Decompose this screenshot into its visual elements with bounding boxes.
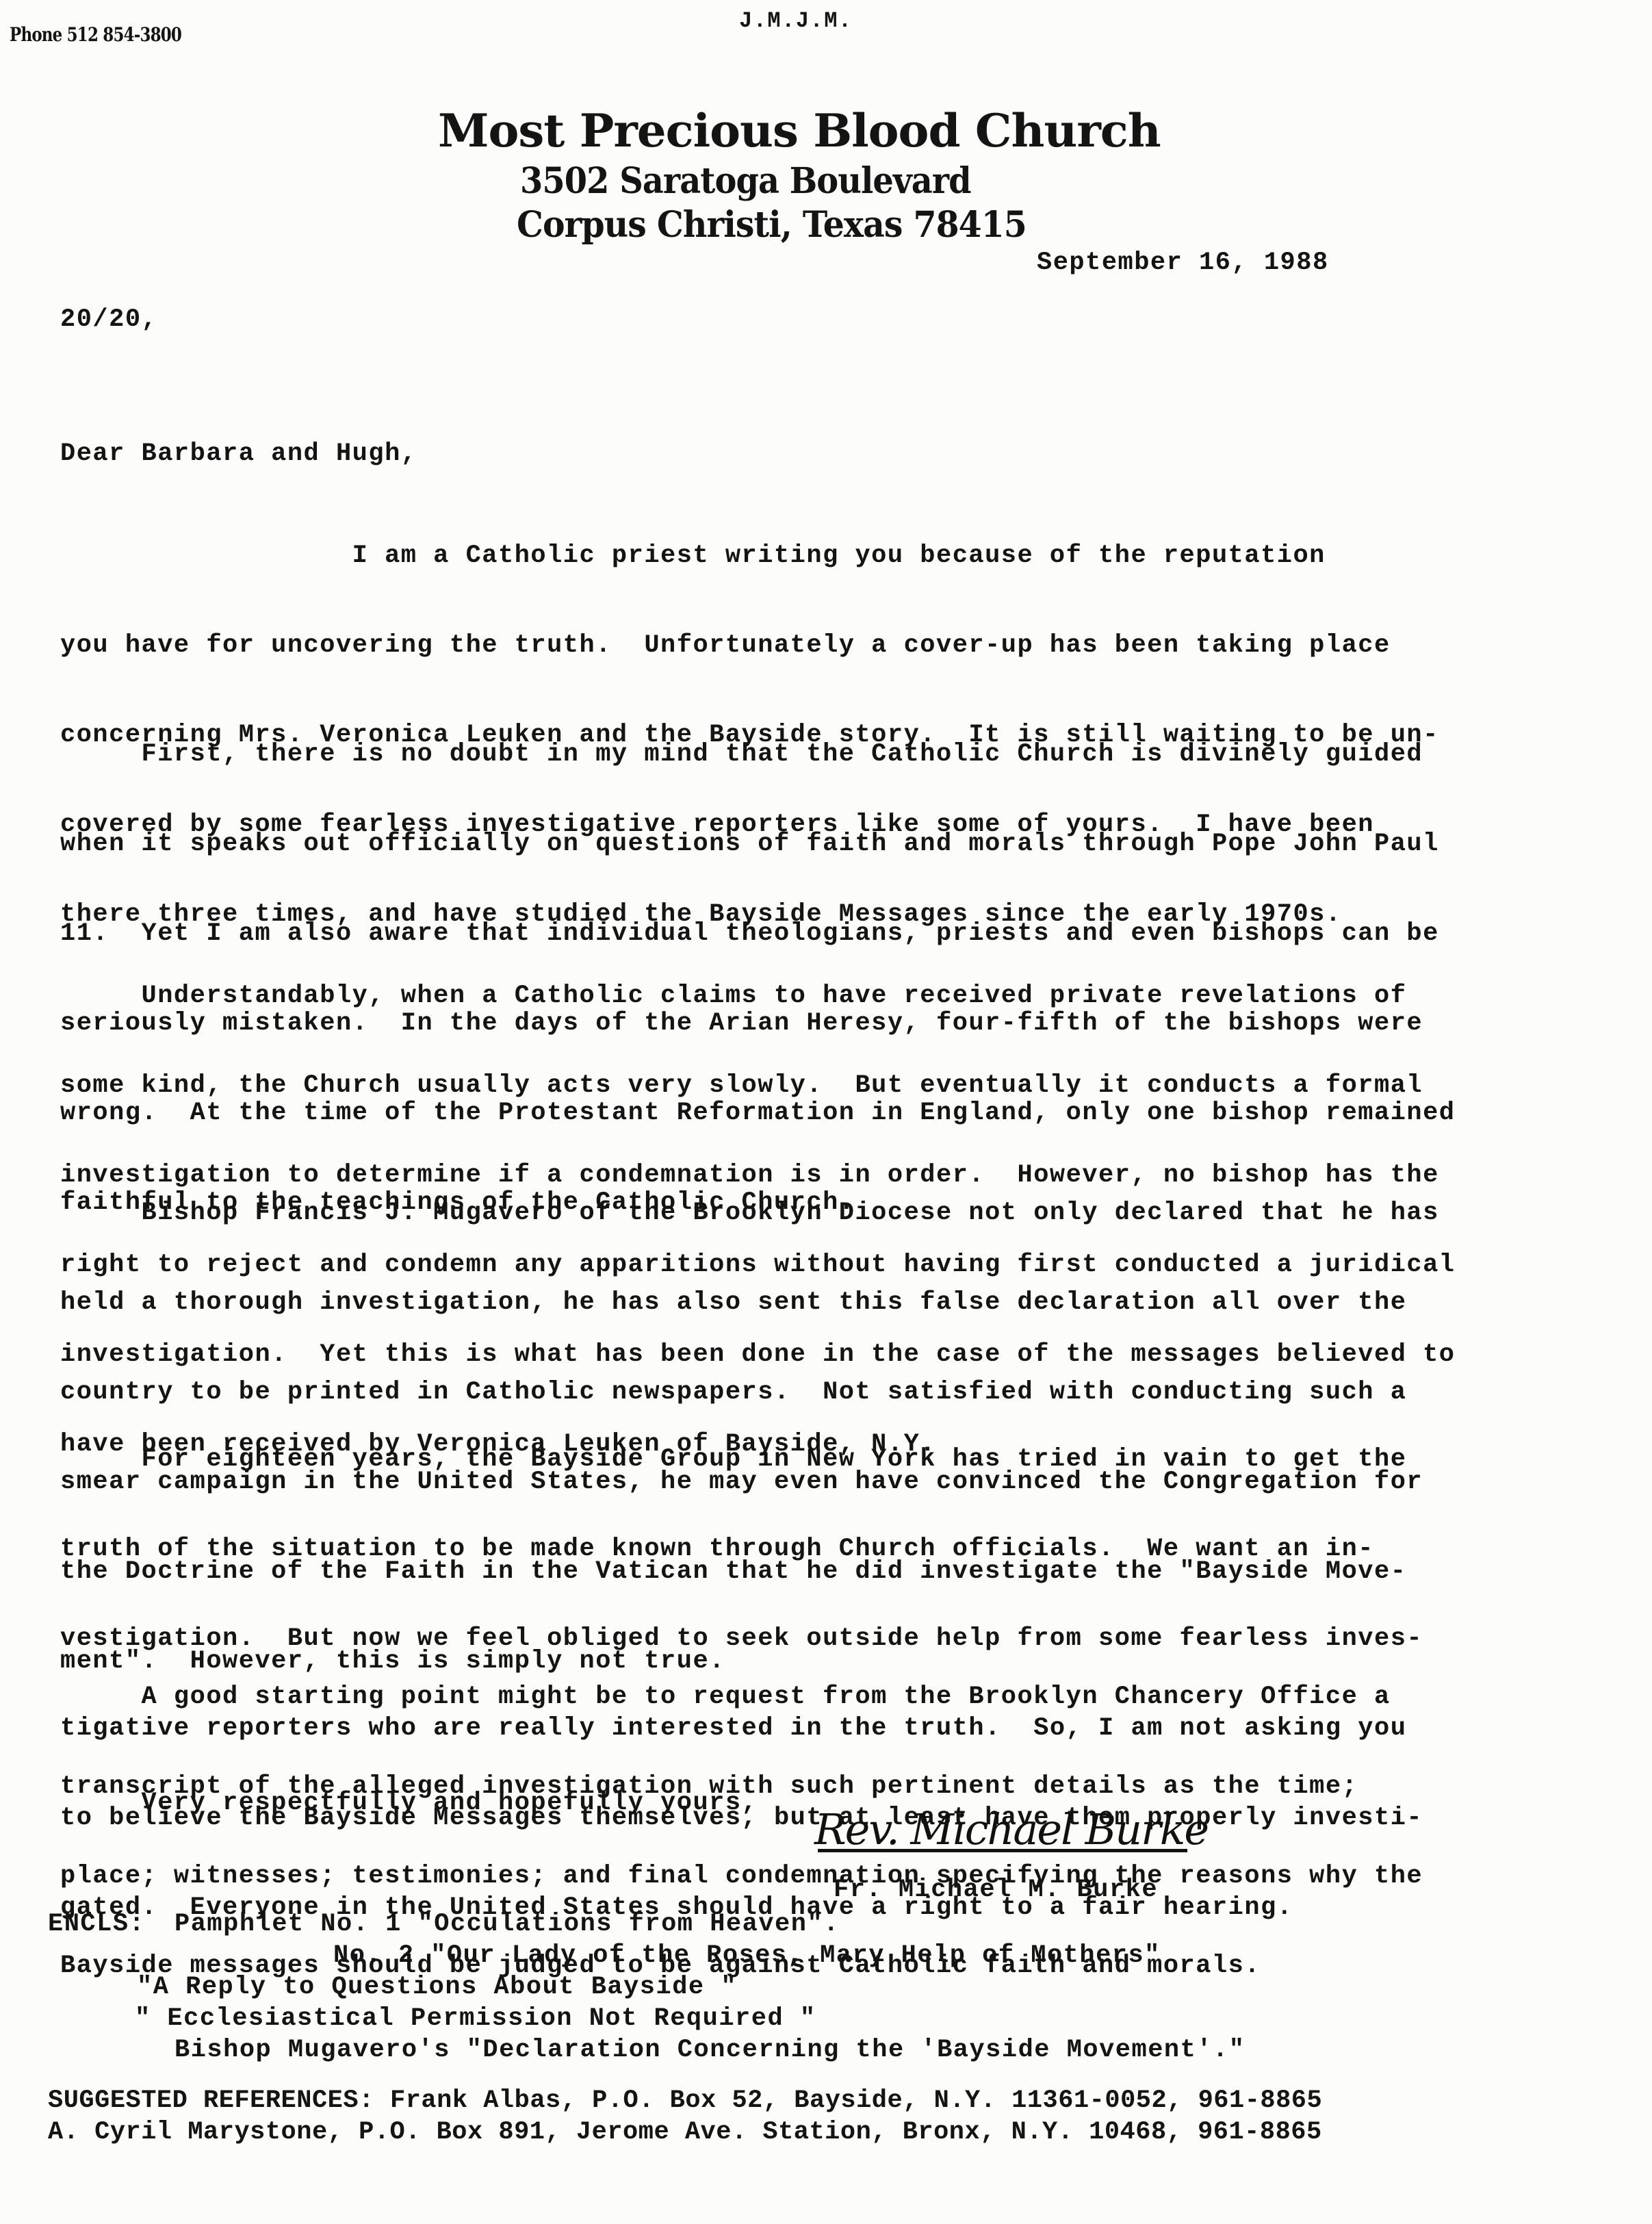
- enclosure-item: Pamphlet No. 1 "Occulations from Heaven"…: [175, 1910, 840, 1939]
- paragraph-line: For eighteen years, the Bayside Group in…: [60, 1444, 1423, 1476]
- paragraph-line: Understandably, when a Catholic claims t…: [60, 980, 1456, 1012]
- recipient-line: 20/20,: [60, 305, 157, 334]
- letterhead-monogram: J.M.J.M.: [739, 8, 853, 34]
- paragraph-line: you have for uncovering the truth. Unfor…: [60, 630, 1439, 662]
- signer-name: Fr. Michael M. Burke: [834, 1876, 1158, 1904]
- enclosures-label: ENCLS:: [48, 1910, 145, 1939]
- paragraph-line: when it speaks out officially on questio…: [60, 828, 1456, 860]
- paragraph-line: truth of the situation to be made known …: [60, 1533, 1423, 1565]
- letterhead-church-name: Most Precious Blood Church: [438, 104, 1161, 157]
- handwritten-signature: Rev. Michael Burke: [814, 1804, 1208, 1854]
- salutation: Dear Barbara and Hugh,: [60, 439, 417, 468]
- paragraph-line: some kind, the Church usually acts very …: [60, 1070, 1456, 1102]
- paragraph-line: First, there is no doubt in my mind that…: [60, 739, 1456, 771]
- enclosure-item: "A Reply to Questions About Bayside ": [137, 1973, 737, 2002]
- paragraph-line: I am a Catholic priest writing you becau…: [60, 540, 1439, 572]
- signature-underline: [818, 1849, 1187, 1852]
- enclosure-item: " Ecclesiastical Permission Not Required…: [135, 2004, 816, 2033]
- letterhead-city: Corpus Christi, Texas 78415: [517, 204, 1027, 246]
- paragraph-line: held a thorough investigation, he has al…: [60, 1287, 1439, 1319]
- references-label: SUGGESTED REFERENCES:: [48, 2086, 374, 2115]
- letter-date: September 16, 1988: [1037, 248, 1329, 277]
- enclosure-item: No. 2 "Our Lady of the Roses, Mary Help …: [333, 1941, 1161, 1970]
- closing: Very respectfully and hopefully yours,: [60, 1789, 758, 1817]
- paragraph-line: Bishop Francis J. Mugavero of the Brookl…: [60, 1197, 1439, 1229]
- letter-page: Phone 512 854-3800 J.M.J.M. Most Preciou…: [0, 0, 1652, 2224]
- reference-item: A. Cyril Marystone, P.O. Box 891, Jerome…: [48, 2118, 1322, 2147]
- paragraph-line: A good starting point might be to reques…: [60, 1681, 1423, 1713]
- letterhead-phone: Phone 512 854-3800: [10, 23, 181, 46]
- letterhead-street: 3502 Saratoga Boulevard: [520, 160, 971, 202]
- paragraph-line: place; witnesses; testimonies; and final…: [60, 1861, 1423, 1893]
- enclosure-item: Bishop Mugavero's "Declaration Concernin…: [175, 2036, 1245, 2065]
- reference-item: Frank Albas, P.O. Box 52, Bayside, N.Y. …: [390, 2086, 1322, 2115]
